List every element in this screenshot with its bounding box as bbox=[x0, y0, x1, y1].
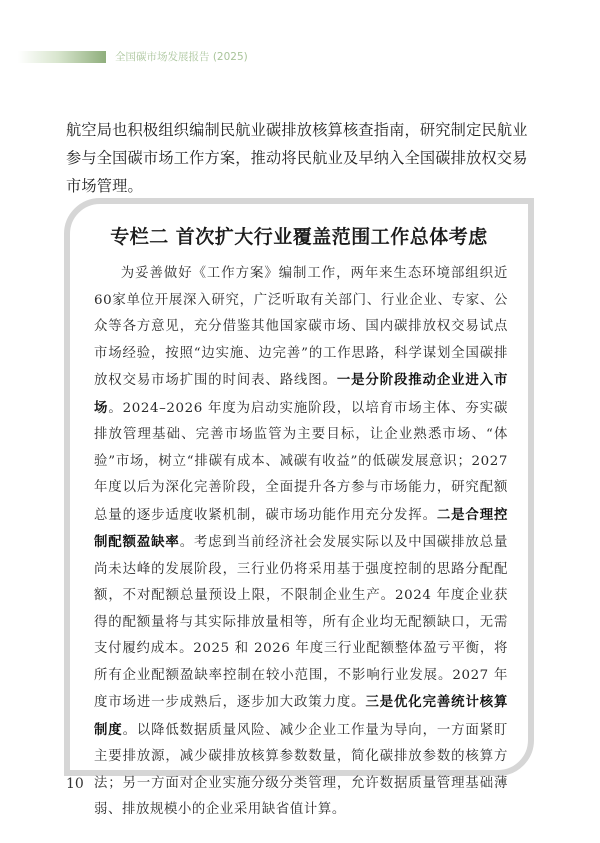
intro-text: 航空局也积极组织编制民航业碳排放核算核查指南，研究制定民航业参与全国碳市场工作方… bbox=[66, 116, 542, 200]
box-point-2-text: 。考虑到当前经济社会发展实际以及中国碳排放总量尚未达峰的发展阶段，三行业仍将采用… bbox=[94, 535, 508, 710]
page-number: 10 bbox=[66, 776, 84, 792]
box-point-3-text: 。以降低数据质量风险、减少企业工作量为导向，一方面紧盯主要排放源，减少碳排放核算… bbox=[94, 723, 508, 818]
intro-paragraph: 航空局也积极组织编制民航业碳排放核算核查指南，研究制定民航业参与全国碳市场工作方… bbox=[66, 116, 542, 200]
box-point-1-text: 。2024–2026 年度为启动实施阶段，以培育市场主体、夯实碳排放管理基础、完… bbox=[94, 401, 508, 523]
report-title: 全国碳市场发展报告 (2025) bbox=[115, 49, 248, 64]
box-paragraph: 为妥善做好《工作方案》编制工作，两年来生态环境部组织近60家单位开展深入研究，广… bbox=[94, 261, 508, 824]
running-header: 全国碳市场发展报告 (2025) bbox=[0, 51, 600, 63]
box-body: 为妥善做好《工作方案》编制工作，两年来生态环境部组织近60家单位开展深入研究，广… bbox=[94, 261, 508, 824]
box-text-intro: 为妥善做好《工作方案》编制工作，两年来生态环境部组织近60家单位开展深入研究，广… bbox=[94, 266, 508, 388]
header-gradient-bar bbox=[18, 51, 106, 63]
box-title: 专栏二 首次扩大行业覆盖范围工作总体考虑 bbox=[70, 222, 528, 249]
sidebar-box-column-2: 专栏二 首次扩大行业覆盖范围工作总体考虑 为妥善做好《工作方案》编制工作，两年来… bbox=[64, 198, 534, 776]
